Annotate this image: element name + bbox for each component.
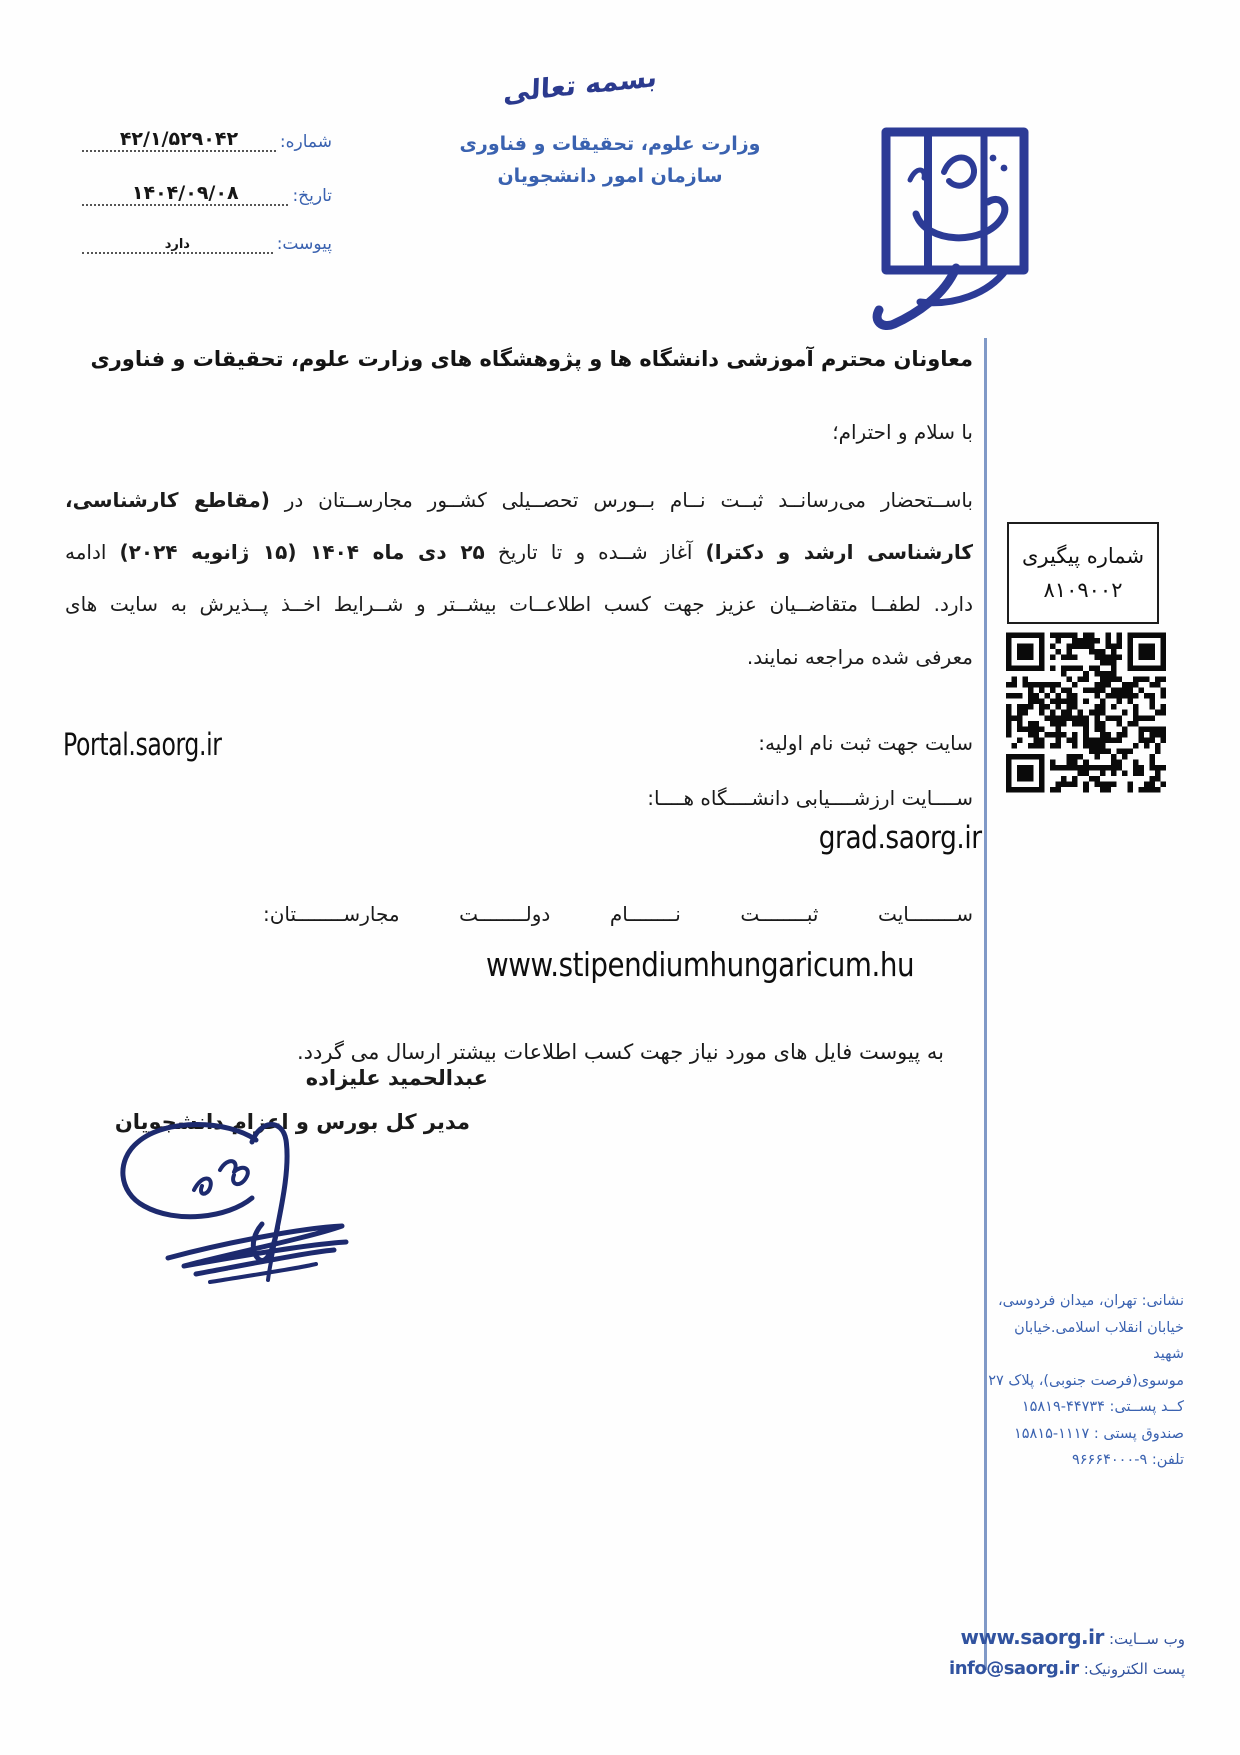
besmele-calligraphy: بسمه تعالی	[503, 62, 658, 109]
letter-date-label: تاریخ:	[288, 186, 332, 206]
body-text: ادامه	[65, 540, 120, 564]
portal-link-label: سایت جهت ثبت نام اولیه:	[758, 731, 973, 755]
website-url: www.saorg.ir	[960, 1625, 1103, 1649]
phone-line: تلفن: ۹-۹۶۶۶۴۰۰۰	[984, 1447, 1184, 1474]
email-row: پست الکترونیک: info@saorg.ir	[949, 1654, 1185, 1684]
recipient-heading: معاونان محترم آموزشی دانشگاه ها و پژوهشگ…	[90, 347, 973, 371]
body-text-bold: ۲۵ دی ماه ۱۴۰۴ (۱۵ ژانویه ۲۰۲۴)	[120, 540, 485, 564]
evaluation-link-label: ســــایت ارزشــــیابی دانشــــگاه هــــا…	[647, 786, 973, 810]
saorg-logo-icon	[856, 118, 1048, 336]
letter-number-row: شماره: ۴۲/۱/۵۲۹۰۴۲	[82, 130, 332, 152]
letter-attachment-value: دارد	[165, 237, 190, 252]
scanned-letter-page: شماره: ۴۲/۱/۵۲۹۰۴۲ تاریخ: ۱۴۰۴/۰۹/۰۸ پیو…	[0, 0, 1240, 1755]
body-line-4: معرفی شده مراجعه نمایند.	[65, 645, 973, 669]
dotted-leader: ۴۲/۱/۵۲۹۰۴۲	[82, 130, 276, 152]
hungary-link-label: ســــــــایت ثبــــــــت نــــــــام دول…	[263, 902, 973, 926]
qr-code-icon	[1006, 631, 1166, 794]
tracking-number-box: شماره پیگیری ۸۱۰۹۰۰۲	[1007, 522, 1159, 624]
postal-code-line: کــد پســتی: ۴۴۷۳۴-۱۵۸۱۹	[984, 1394, 1184, 1421]
letter-date-value: ۱۴۰۴/۰۹/۰۸	[132, 182, 239, 204]
letter-number-label: شماره:	[276, 132, 332, 152]
website-label: وب ســایت:	[1109, 1630, 1185, 1648]
tracking-number-label: شماره پیگیری	[1022, 544, 1144, 568]
signer-name: عبدالحمید علیزاده	[306, 1066, 488, 1090]
body-line-3: دارد. لطفــا متقاضــیان عزیز جهت کسب اطل…	[65, 592, 973, 616]
body-text: باســتحضار می‌رسانــد ثبــت نــام بــورس…	[270, 488, 973, 512]
address-line: موسوی(فرصت جنوبی)، پلاک ۲۷	[984, 1368, 1184, 1395]
footer-web-block: وب ســایت: www.saorg.ir پست الکترونیک: i…	[949, 1622, 1185, 1684]
po-box-line: صندوق پستی : ۱۱۱۷-۱۵۸۱۵	[984, 1421, 1184, 1448]
organization-name: سازمان امور دانشجویان	[400, 165, 820, 187]
body-text-bold: کارشناسی ارشد و دکترا)	[706, 540, 973, 564]
body-line-1: باســتحضار می‌رسانــد ثبــت نــام بــورس…	[65, 488, 973, 512]
body-text: آغاز شــده و تا تاریخ	[485, 540, 706, 564]
letter-attachment-row: پیوست: دارد	[82, 234, 332, 254]
hungary-url: www.stipendiumhungaricum.hu	[486, 945, 914, 984]
salutation: با سلام و احترام؛	[832, 420, 973, 444]
attachment-note: به پیوست فایل های مورد نیاز جهت کسب اطلا…	[297, 1040, 944, 1064]
footer-address-block: نشانی: تهران، میدان فردوسی، خیابان انقلا…	[984, 1288, 1184, 1474]
evaluation-url: grad.saorg.ir	[819, 820, 982, 856]
body-line-2: کارشناسی ارشد و دکترا) آغاز شــده و تا ت…	[65, 540, 973, 564]
dotted-leader: دارد	[82, 235, 273, 254]
letter-attachment-label: پیوست:	[273, 234, 332, 254]
ministry-name: وزارت علوم، تحقیقات و فناوری	[400, 133, 820, 155]
address-line: نشانی: تهران، میدان فردوسی،	[984, 1288, 1184, 1315]
email-label: پست الکترونیک:	[1084, 1660, 1185, 1678]
dotted-leader: ۱۴۰۴/۰۹/۰۸	[82, 184, 288, 206]
letter-number-value: ۴۲/۱/۵۲۹۰۴۲	[120, 128, 238, 150]
email-address: info@saorg.ir	[949, 1658, 1079, 1679]
website-row: وب ســایت: www.saorg.ir	[949, 1622, 1185, 1654]
portal-url: Portal.saorg.ir	[63, 727, 222, 763]
address-line: خیابان انقلاب اسلامی.خیابان شهید	[984, 1315, 1184, 1368]
handwritten-signature-icon	[108, 1112, 393, 1287]
tracking-number-value: ۸۱۰۹۰۰۲	[1044, 578, 1123, 602]
body-text-bold: (مقاطع کارشناسی،	[65, 488, 270, 512]
letterhead: بسمه تعالی وزارت علوم، تحقیقات و فناوری …	[400, 70, 820, 187]
letter-date-row: تاریخ: ۱۴۰۴/۰۹/۰۸	[82, 184, 332, 206]
